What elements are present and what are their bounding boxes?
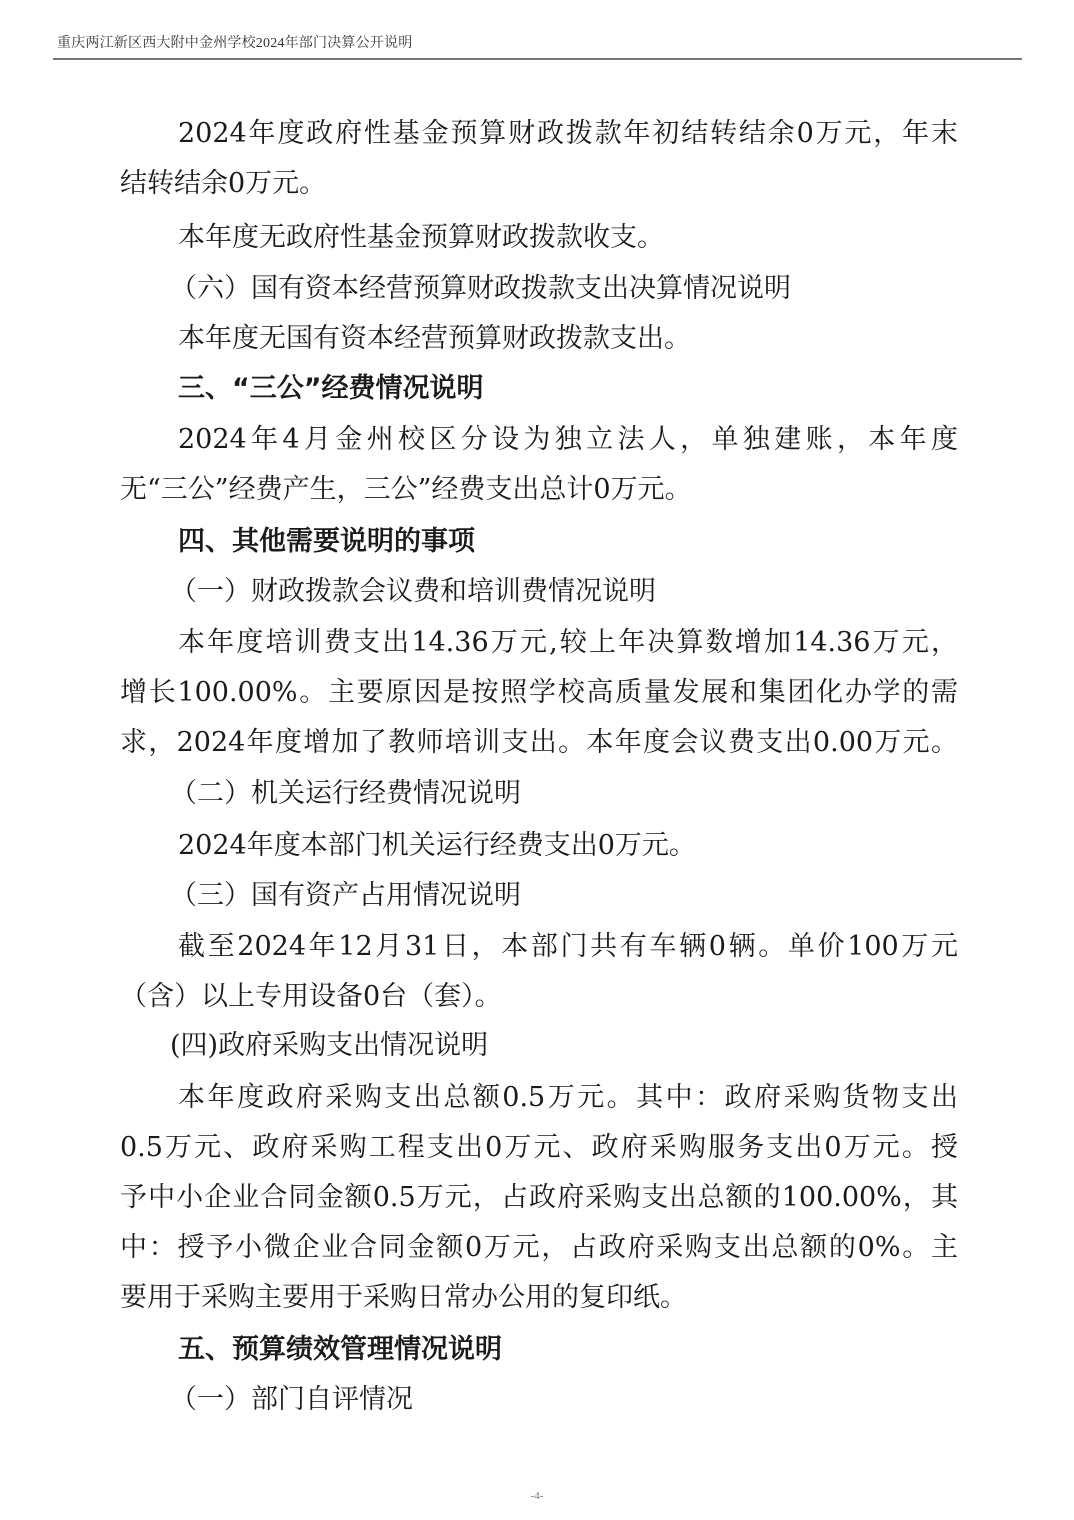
paragraph-procurement-line1: 本年度政府采购支出总额0.5万元。其中：政府采购货物支出 [178,1084,958,1111]
document-title: 重庆两江新区西大附中金州学校2024年部门决算公开说明 [57,32,412,52]
paragraph-state-assets-line2: （含）以上专用设备0台（套）。 [120,983,502,1010]
heading-self-evaluation: （一）部门自评情况 [170,1386,413,1413]
paragraph-procurement-line3: 予中小企业合同金额0.5万元，占政府采购支出总额的100.00%，其 [120,1184,958,1211]
heading-performance: 五、预算绩效管理情况说明 [178,1336,502,1363]
heading-state-assets: （三）国有资产占用情况说明 [170,882,521,909]
paragraph-state-capital: 本年度无国有资本经营预算财政拨款支出。 [178,325,691,352]
paragraph-three-public-line1: 2024年4月金州校区分设为独立法人，单独建账，本年度 [178,426,958,453]
paragraph-meeting-training-line2: 增长100.00%。主要原因是按照学校高质量发展和集团化办学的需 [120,679,958,706]
paragraph-procurement-line4: 中：授予小微企业合同金额0万元，占政府采购支出总额的0%。主 [120,1234,958,1261]
heading-three-public: 三、“三公”经费情况说明 [178,375,484,402]
heading-procurement: (四)政府采购支出情况说明 [170,1032,488,1059]
heading-other-matters: 四、其他需要说明的事项 [178,528,475,555]
paragraph-state-assets-line1: 截至2024年12月31日，本部门共有车辆0辆。单价100万元 [178,933,958,960]
paragraph-fund-carryover-line1: 2024年度政府性基金预算财政拨款年初结转结余0万元，年末 [178,120,958,147]
page-number: -4- [0,1490,1074,1502]
paragraph-meeting-training-line3: 求，2024年度增加了教师培训支出。本年度会议费支出0.00万元。 [120,729,958,756]
paragraph-operating-expense: 2024年度本部门机关运行经费支出0万元。 [178,832,696,859]
paragraph-meeting-training-line1: 本年度培训费支出14.36万元,较上年决算数增加14.36万元， [178,629,958,656]
paragraph-procurement-line2: 0.5万元、政府采购工程支出0万元、政府采购服务支出0万元。授 [120,1134,958,1161]
paragraph-fund-none: 本年度无政府性基金预算财政拨款收支。 [178,224,664,251]
heading-meeting-training: （一）财政拨款会议费和培训费情况说明 [170,578,656,605]
paragraph-fund-carryover-line2: 结转结余0万元。 [120,170,326,197]
paragraph-three-public-line2: 无“三公”经费产生，三公”经费支出总计0万元。 [120,476,692,503]
heading-state-capital: （六）国有资本经营预算财政拨款支出决算情况说明 [170,275,791,302]
paragraph-procurement-line5: 要用于采购主要用于采购日常办公用的复印纸。 [120,1284,687,1311]
heading-operating-expense: （二）机关运行经费情况说明 [170,780,521,807]
page-header: 重庆两江新区西大附中金州学校2024年部门决算公开说明 [53,28,1022,60]
